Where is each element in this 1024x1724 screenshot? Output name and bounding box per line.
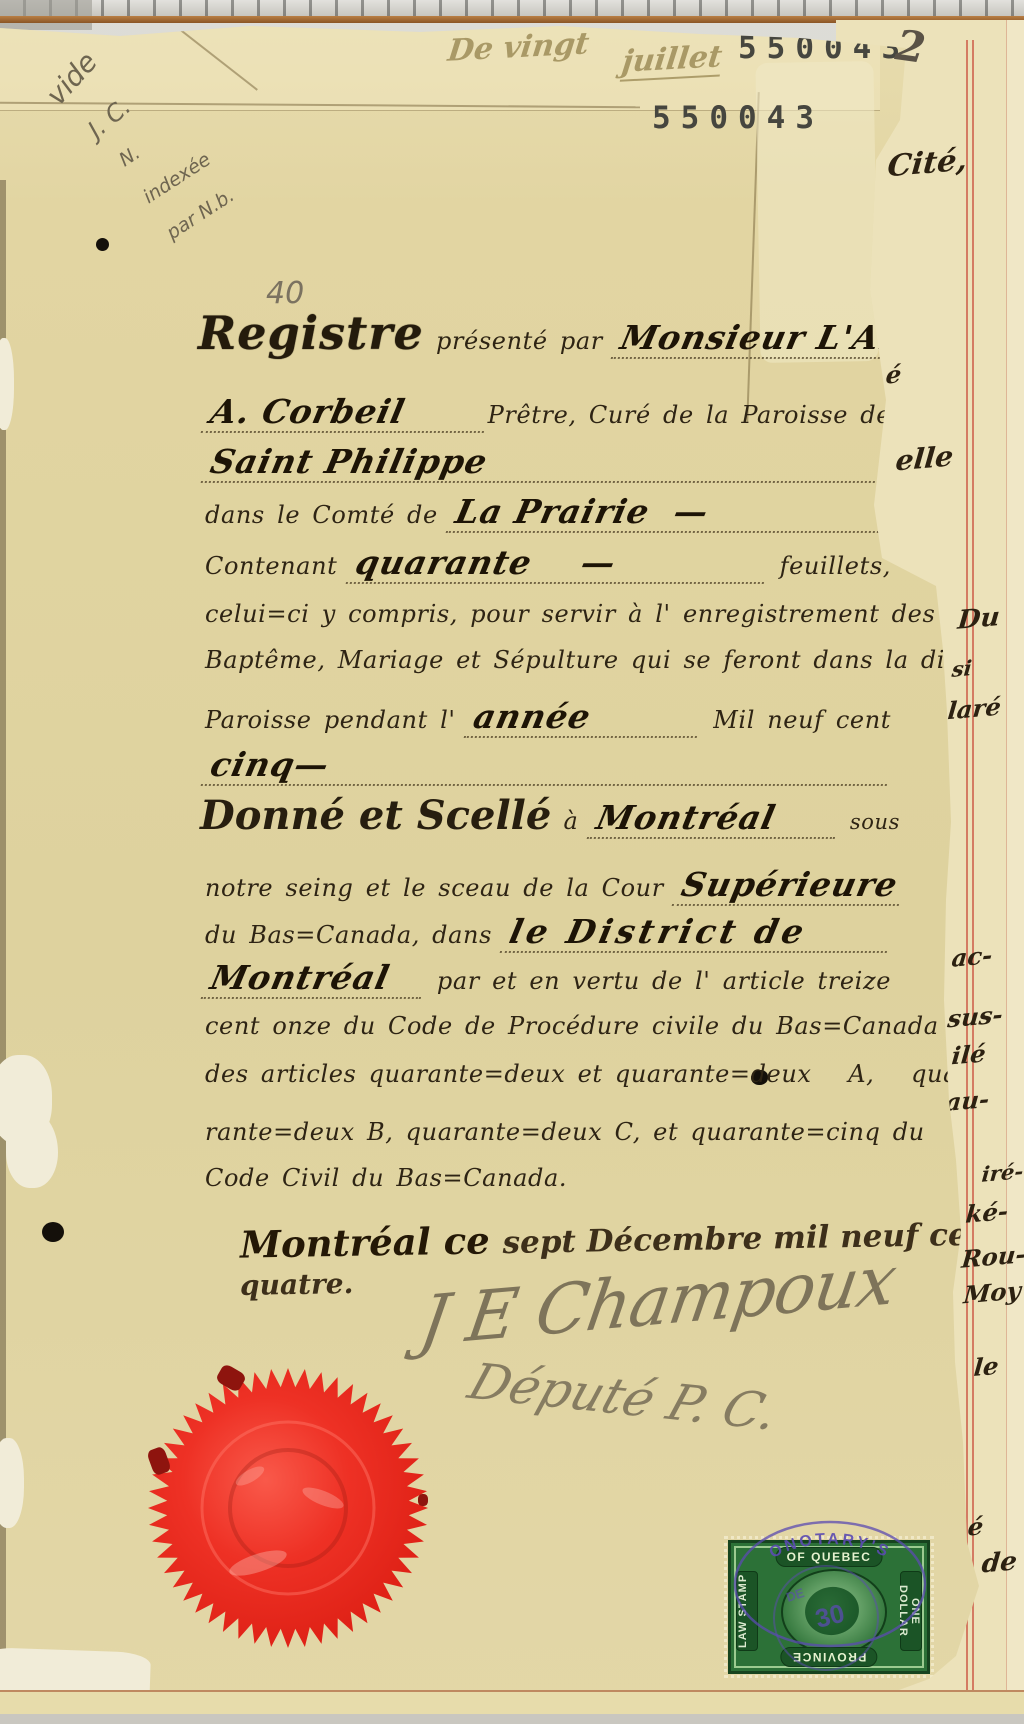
document-scan: Cité, é elle Du si laré ac- sus- ilé au-… xyxy=(0,0,1024,1724)
handwritten-entry-folios: quarante — xyxy=(345,543,771,584)
red-seal-star xyxy=(148,1368,428,1648)
ink-hole xyxy=(42,1222,64,1242)
form-line-feuillets: Contenant quarante — feuillets, xyxy=(205,543,891,584)
form-line-paroisse: Saint Philippe xyxy=(205,442,891,483)
edge-fragment: Du xyxy=(956,602,1001,635)
printed-label: Contenant xyxy=(205,552,350,580)
edge-fragment: sus- xyxy=(946,1000,1004,1034)
printed-label: à xyxy=(551,807,590,835)
form-line-comte: dans le Comté de La Prairie — xyxy=(205,492,891,533)
form-line-cour: notre seing et le sceau de la Cour Supér… xyxy=(205,865,891,906)
register-title-page: vide J. C. N. indexée par N.b. De vingt … xyxy=(0,0,1024,1724)
printed-label: Code Civil du Bas=Canada. xyxy=(205,1164,567,1192)
edge-fragment: Rou- xyxy=(960,1239,1024,1273)
edge-fragment: de xyxy=(980,1547,1018,1580)
closing-date-year: quatre. xyxy=(240,1267,354,1302)
handwritten-entry-city: Montréal xyxy=(586,798,843,839)
handwritten-entry-year: cinq— xyxy=(201,745,896,786)
handwritten-entry-parish: Saint Philippe xyxy=(201,442,896,483)
red-margin-line xyxy=(966,40,968,1690)
cancel-arc-text: ONOTARY'S xyxy=(767,1531,894,1562)
handwritten-entry-court: Supérieure xyxy=(672,865,908,906)
svg-text:ONOTARY'S: ONOTARY'S xyxy=(767,1531,894,1562)
red-margin-line xyxy=(972,40,974,1690)
second-underlying-page xyxy=(1006,20,1024,1712)
edge-fragment: ké- xyxy=(964,1196,1009,1229)
ink-spot xyxy=(96,238,109,251)
printed-label: feuillets, xyxy=(767,552,891,580)
form-line-articles-1: des articles quarante=deux et quarante=d… xyxy=(205,1060,979,1088)
printed-label: celui=ci y compris, pour servir à l' enr… xyxy=(205,600,1024,628)
closing-date-line-2: quatre. xyxy=(240,1267,354,1302)
page-fold-strip xyxy=(0,1690,1024,1714)
edge-fragment: au- xyxy=(944,1084,990,1117)
printed-label: du Bas=Canada, dans xyxy=(205,921,504,949)
handwritten-entry-district-city: Montréal xyxy=(201,958,429,999)
edge-fragment: laré xyxy=(946,692,1002,725)
cancel-small-text: DE xyxy=(784,1585,806,1605)
notary-cancel-stamp: ONOTARY'S 30 DE xyxy=(722,1456,938,1680)
deputy-title: Député P. C. xyxy=(462,1353,786,1441)
printed-label: par et en vertu de l' article treize xyxy=(425,967,891,995)
handwritten-entry-cure-name: A. Corbeil xyxy=(201,392,492,433)
form-line-annee: Paroisse pendant l' année Mil neuf cent xyxy=(205,697,891,738)
torn-edge-patch xyxy=(6,1110,58,1188)
faded-ink-note-underlined: juillet xyxy=(620,39,724,82)
printed-label-donne-scelle: Donné et Scellé xyxy=(200,792,551,839)
form-line-articles-2: rante=deux B, quarante=deux C, et quaran… xyxy=(205,1118,925,1146)
printed-label: des articles quarante=deux et quarante=d… xyxy=(205,1060,979,1088)
printed-label: Prêtre, Curé de la Paroisse de xyxy=(488,401,891,429)
printed-label: notre seing et le sceau de la Cour xyxy=(205,874,676,902)
pencil-indexed-line: N. xyxy=(115,142,144,171)
form-line-cure: A. CorbeilPrêtre, Curé de la Paroisse de xyxy=(205,392,891,433)
pencil-indexed-line: par N.b. xyxy=(163,185,239,245)
form-line-cent-onze: cent onze du Code de Procédure civile du… xyxy=(205,1012,976,1040)
form-line-donne: Donné et Scellé à Montréal sous xyxy=(200,792,900,839)
red-seal xyxy=(138,1358,438,1658)
scanner-edge-strip xyxy=(0,0,1024,17)
edge-fragment: elle xyxy=(894,440,954,478)
closing-date-city: Montréal ce xyxy=(240,1218,503,1267)
edge-fragment: le xyxy=(973,1351,1000,1382)
edge-fragment: é xyxy=(885,359,903,389)
file-number-stamp-mid: 550043 xyxy=(652,100,824,136)
edge-fragment: iré- xyxy=(981,1158,1024,1186)
scanner-edge-shadow xyxy=(0,0,92,30)
form-line-bapteme: Baptême, Mariage et Sépulture qui se fer… xyxy=(205,646,970,674)
printed-label: Baptême, Mariage et Sépulture qui se fer… xyxy=(205,646,970,674)
edge-fragment: si xyxy=(951,655,973,682)
printed-label: dans le Comté de xyxy=(205,501,450,529)
handwritten-entry-county: La Prairie — xyxy=(446,492,896,533)
form-line-cinq: cinq— xyxy=(205,745,891,786)
form-line-district: du Bas=Canada, dans le District de xyxy=(205,912,891,953)
printed-label: cent onze du Code de Procédure civile du… xyxy=(205,1012,976,1040)
cancel-date: 30 xyxy=(812,1598,847,1634)
handwritten-entry-annee: année xyxy=(463,697,705,738)
form-line-code-civil: Code Civil du Bas=Canada. xyxy=(205,1164,567,1192)
form-line-registre: Registre présenté par Monsieur L'Abbé xyxy=(198,306,890,360)
form-line-district-nom: Montréal par et en vertu de l' article t… xyxy=(205,958,891,999)
torn-edge-patch xyxy=(0,338,14,430)
handwritten-entry-district-label: le District de xyxy=(500,912,895,953)
form-line-compris: celui=ci y compris, pour servir à l' enr… xyxy=(205,600,1024,628)
edge-fragment: Moy xyxy=(962,1276,1022,1310)
printed-label: présenté par xyxy=(424,327,615,355)
seal-wax-fleck xyxy=(418,1494,428,1506)
edge-fragment: Cité, xyxy=(886,143,969,185)
registre-heading: Registre xyxy=(198,306,424,360)
edge-fragment: é xyxy=(967,1511,985,1541)
printed-label: rante=deux B, quarante=deux C, et quaran… xyxy=(205,1118,925,1146)
printed-label: Paroisse pendant l' xyxy=(205,706,468,734)
edge-fragment: ilé xyxy=(951,1039,987,1071)
torn-edge-patch xyxy=(0,1438,24,1528)
printed-label: Mil neuf cent xyxy=(701,706,891,734)
edge-fragment: ac- xyxy=(950,940,993,972)
printed-label: sous xyxy=(839,810,900,834)
